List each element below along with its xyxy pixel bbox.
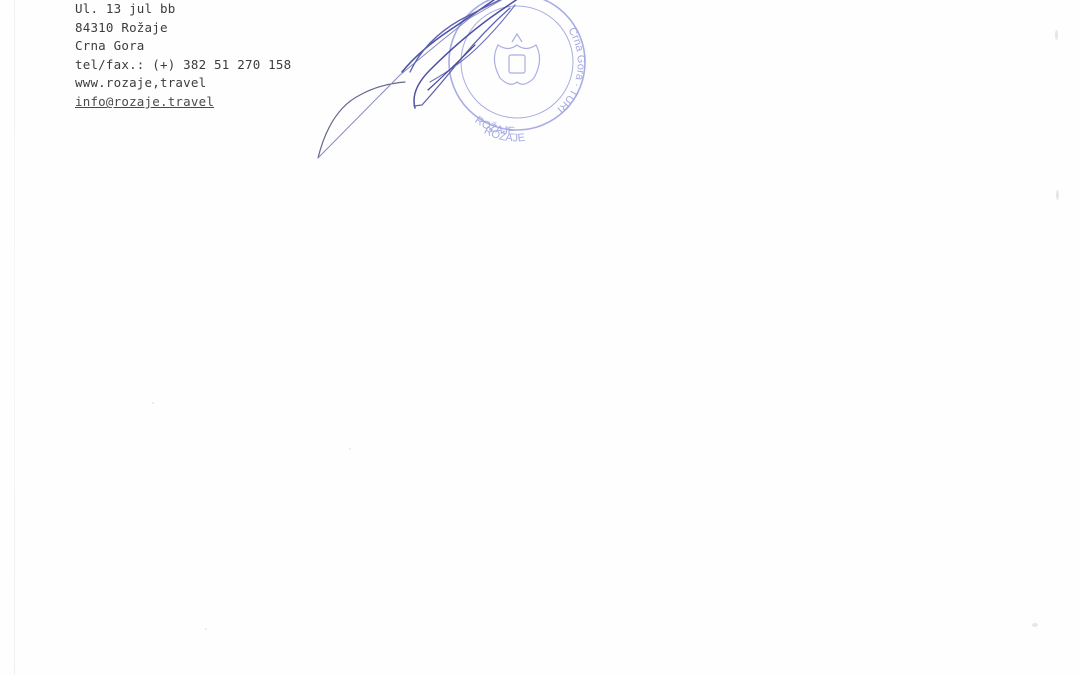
scan-artifact xyxy=(1032,623,1038,627)
scan-edge xyxy=(14,0,15,675)
scan-artifact xyxy=(349,448,351,450)
coat-of-arms-icon xyxy=(494,34,539,84)
scan-artifact xyxy=(1056,190,1059,200)
address-street: Ul. 13 jul bb xyxy=(75,0,291,19)
address-postal-city: 84310 Rožaje xyxy=(75,19,291,38)
scan-artifact xyxy=(152,402,154,404)
scanned-page: Ul. 13 jul bb 84310 Rožaje Crna Gora tel… xyxy=(0,0,1080,675)
scan-artifact xyxy=(205,628,207,630)
sender-address-block: Ul. 13 jul bb 84310 Rožaje Crna Gora tel… xyxy=(75,0,291,112)
email-link[interactable]: info@rozaje.travel xyxy=(75,93,291,112)
official-stamp-with-signature: Crna Gora · TURISTIČKA ORGANIZACIJA ROŽA… xyxy=(310,0,600,170)
scan-artifact xyxy=(1055,30,1058,40)
address-phone-fax: tel/fax.: (+) 382 51 270 158 xyxy=(75,56,291,75)
address-website: www.rozaje,travel xyxy=(75,74,291,93)
address-country: Crna Gora xyxy=(75,37,291,56)
